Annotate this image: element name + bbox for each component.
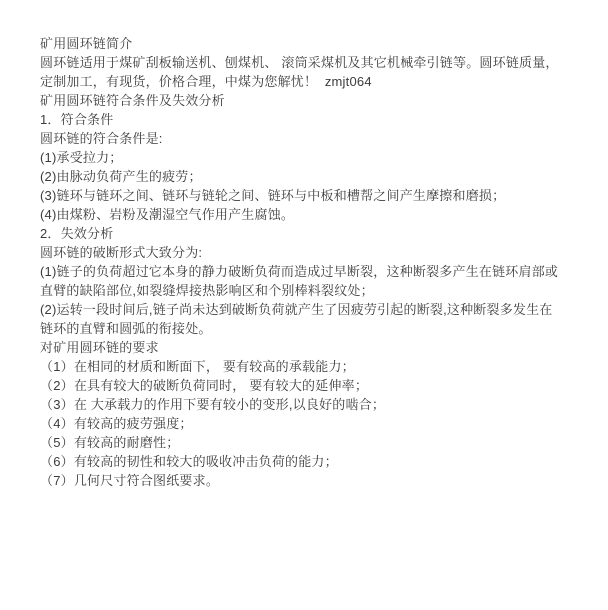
failure-item-1-line-1: (1)链子的负荷超过它本身的静力破断负荷而造成过早断裂，这种断裂多产生在链环肩部…	[40, 262, 580, 281]
requirement-item-7: （7）几何尺寸符合图纸要求。	[40, 471, 580, 490]
failure-item-2-line-2: 链环的直臂和圆弧的衔接处。	[40, 319, 580, 338]
subsection-heading-2: 2．失效分析	[40, 224, 580, 243]
document-page: 矿用圆环链简介 圆环链适用于煤矿刮板输送机、刨煤机、 滚筒采煤机及其它机械牵引链…	[0, 0, 608, 610]
requirements-heading: 对矿用圆环链的要求	[40, 338, 580, 357]
requirement-item-1: （1）在相同的材质和断面下， 要有较高的承载能力；	[40, 357, 580, 376]
condition-item-1: (1)承受拉力；	[40, 148, 580, 167]
intro-text-line: 圆环链适用于煤矿刮板输送机、刨煤机、 滚筒采煤机及其它机械牵引链等。圆环链质量，	[40, 53, 580, 72]
requirement-item-4: （4）有较高的疲劳强度；	[40, 414, 580, 433]
requirement-item-6: （6）有较高的韧性和较大的吸收冲击负荷的能力；	[40, 452, 580, 471]
section-heading-analysis: 矿用圆环链符合条件及失效分析	[40, 91, 580, 110]
intro-text-line: 定制加工，有现货，价格合理，中煤为您解忧！ zmjt064	[40, 72, 580, 91]
subsection-heading-1: 1．符合条件	[40, 110, 580, 129]
requirement-item-2: （2）在具有较大的破断负荷同时， 要有较大的延伸率；	[40, 376, 580, 395]
condition-item-4: (4)由煤粉、岩粉及潮湿空气作用产生腐蚀。	[40, 205, 580, 224]
condition-item-2: (2)由脉动负荷产生的疲劳；	[40, 167, 580, 186]
failure-item-1-line-2: 直臂的缺陷部位,如裂缝焊接热影响区和个别棒料裂纹处；	[40, 281, 580, 300]
requirement-item-5: （5）有较高的耐磨性；	[40, 433, 580, 452]
condition-item-3: (3)链环与链环之间、链环与链轮之间、链环与中板和槽帮之间产生摩擦和磨损；	[40, 186, 580, 205]
failure-item-2-line-1: (2)运转一段时间后,链子尚未达到破断负荷就产生了因疲劳引起的断裂,这种断裂多发…	[40, 300, 580, 319]
requirement-item-3: （3）在 大承载力的作用下要有较小的变形,以良好的啮合；	[40, 395, 580, 414]
conditions-intro-line: 圆环链的符合条件是:	[40, 129, 580, 148]
failure-intro-line: 圆环链的破断形式大致分为:	[40, 243, 580, 262]
intro-heading: 矿用圆环链简介	[40, 34, 580, 53]
